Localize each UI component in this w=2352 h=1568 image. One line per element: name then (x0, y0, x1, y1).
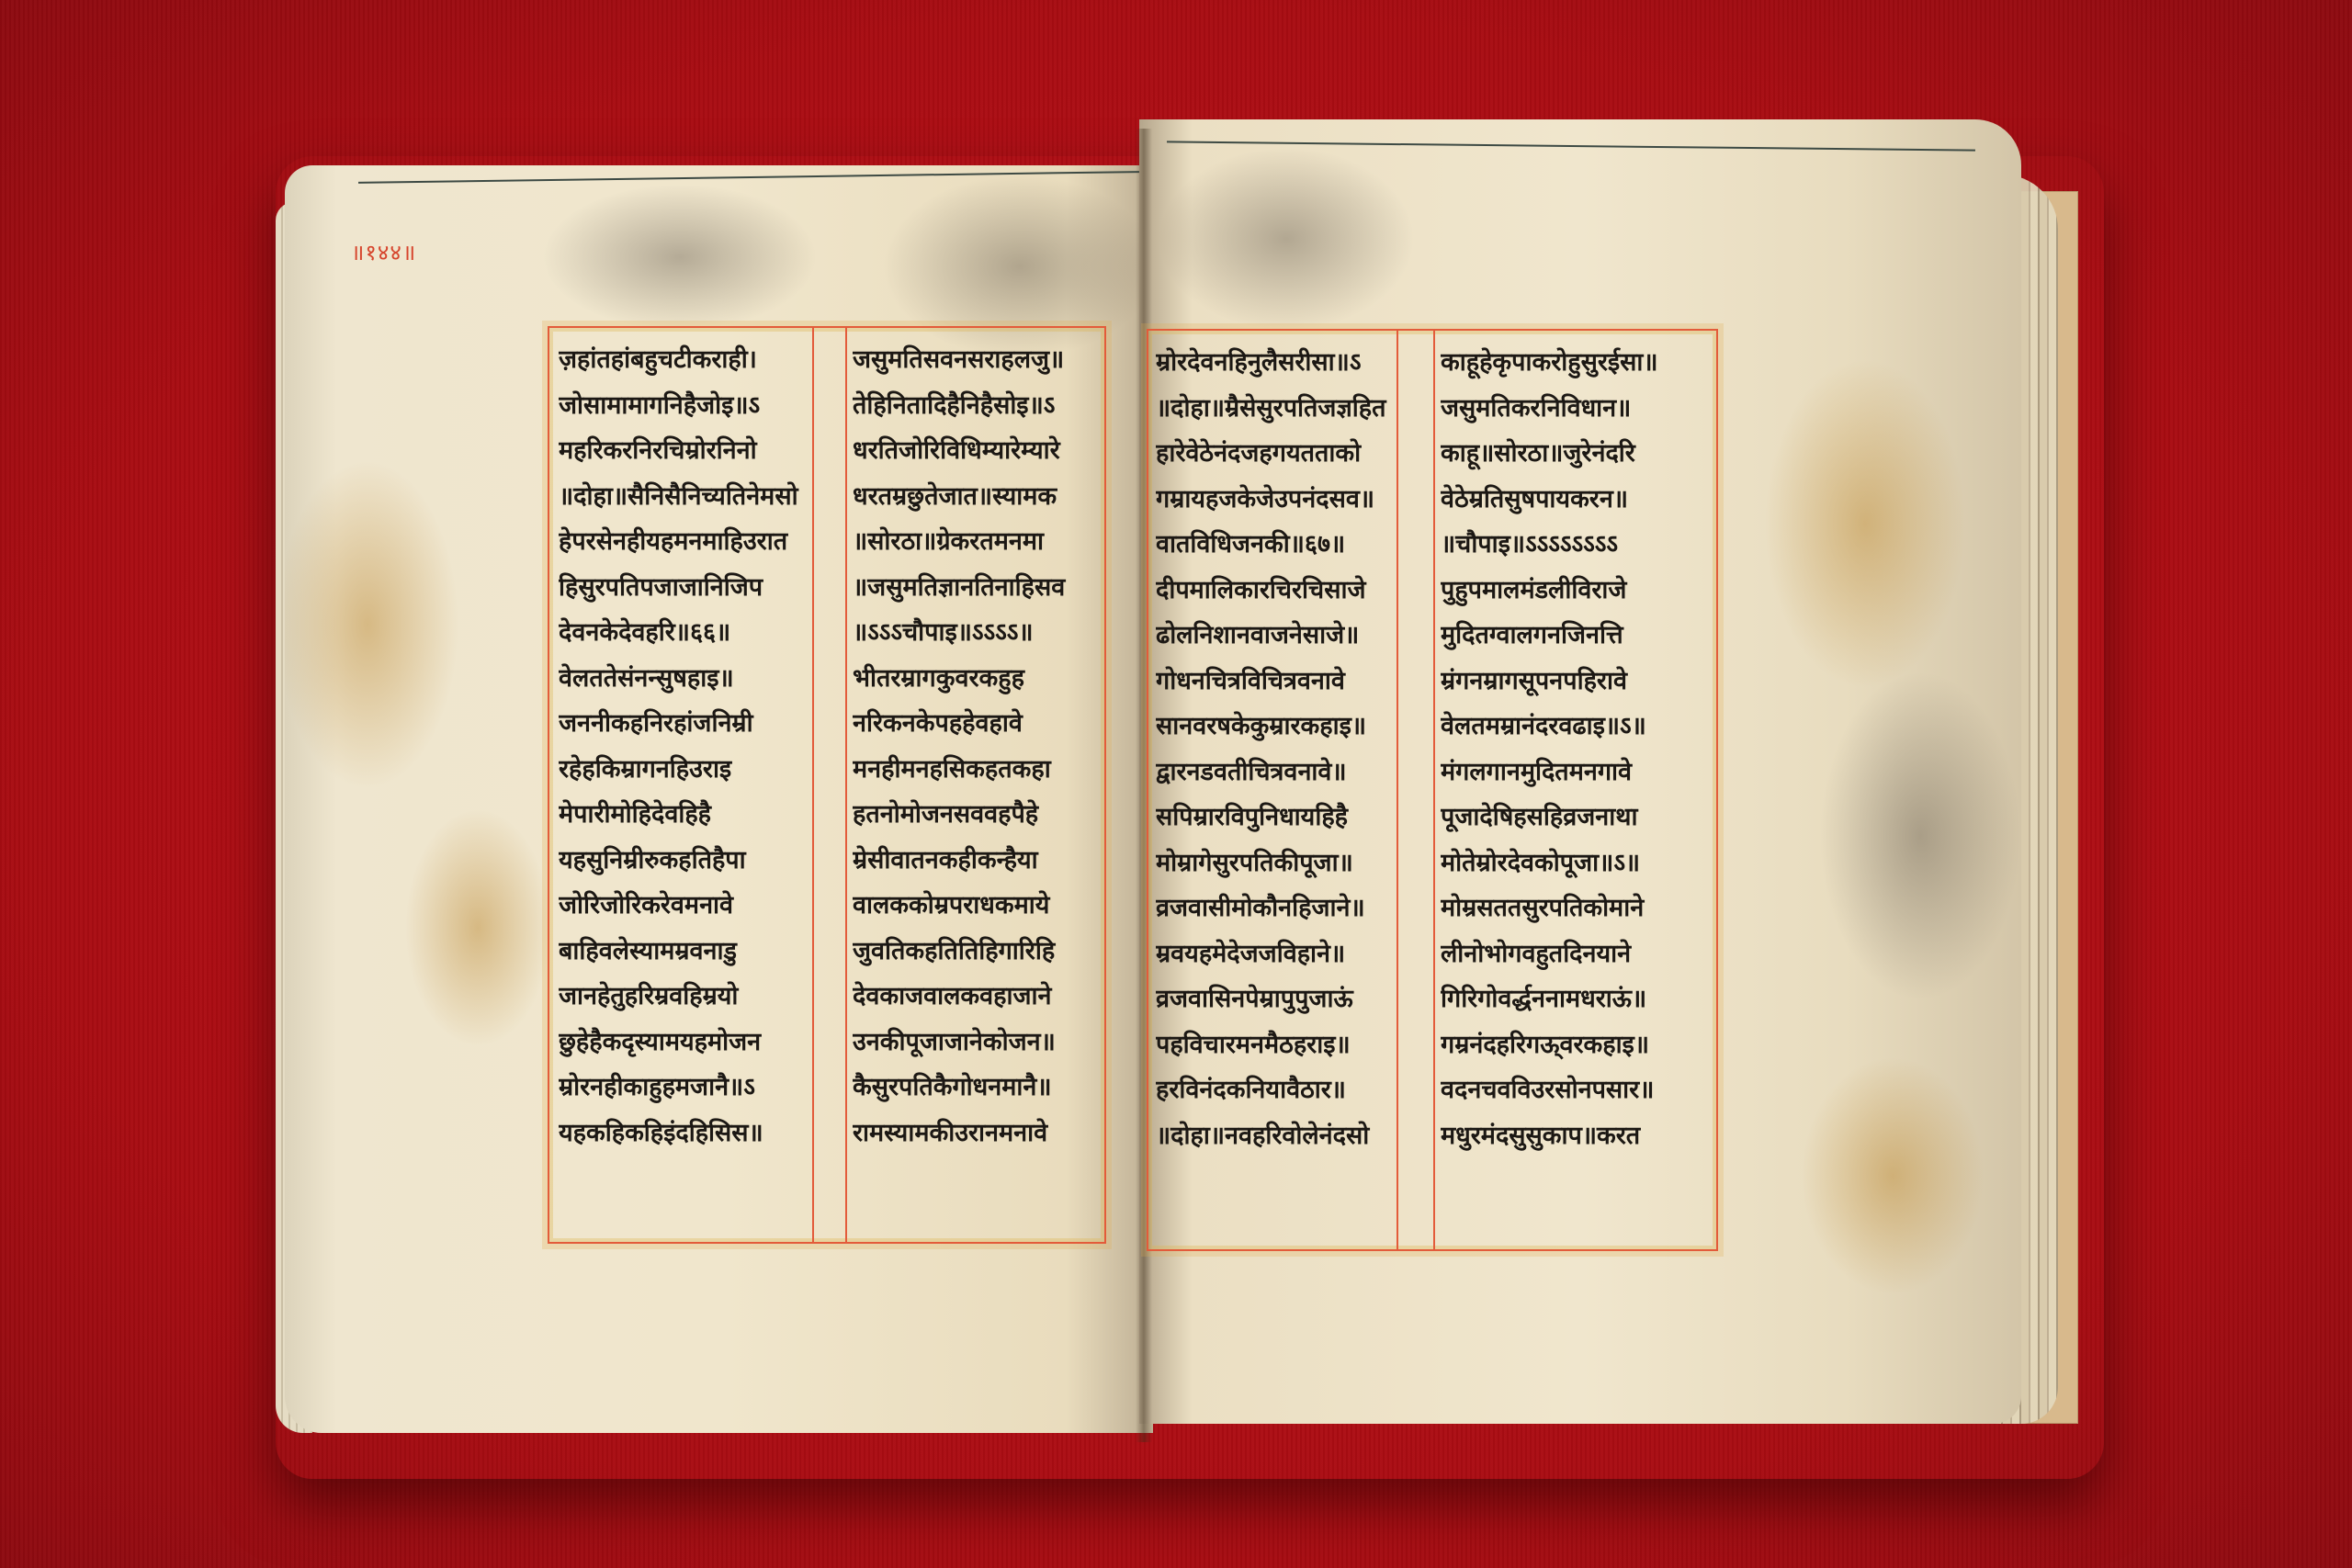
text-line: दीपमालिकारचिरचिसाजे (1156, 568, 1396, 614)
right-page-column-b: काहूहेकृपाकरोहुसुरईसा॥ जसुमतिकरनिविधान॥ … (1441, 340, 1711, 1158)
text-line: ॥दोहा॥म्रैसेसुरपतिजज्ञहित (1156, 386, 1396, 432)
text-line: महरिकरनिरचिम्रोरनिनो (559, 428, 812, 474)
text-line: वदनचवविउरसोनपसार॥ (1441, 1067, 1711, 1113)
text-line: मोम्रसततसुरपतिकोमाने (1441, 886, 1711, 931)
text-line: यहसुनिम्रीरुकहतिहैपा (559, 838, 812, 884)
text-line: जसुमतिकरनिविधान॥ (1441, 386, 1711, 432)
text-line: जुवतिकहतितिहिगारिहि (853, 929, 1099, 975)
text-line: सपिम्रारविपुनिधायहिहै (1156, 795, 1396, 840)
text-line: गम्रायहजकेजेउपनंदसव॥ (1156, 477, 1396, 523)
text-line: पुहुपमालमंडलीविराजे (1441, 568, 1711, 614)
text-line: रहेहकिम्रागनहिउराइ (559, 747, 812, 793)
text-line: हिसुरपतिपजाजानिजिप (559, 565, 812, 611)
mold-spots (542, 184, 818, 331)
mold-spots (1158, 147, 1415, 331)
text-line: व्रजवासिनपेम्रापुपुजाऊं (1156, 976, 1396, 1022)
text-line: सानवरषकेकुम्रारकहाइ॥ (1156, 704, 1396, 750)
text-line: म्रोरदेवनहिनुलैसरीसा॥ऽ (1156, 340, 1396, 386)
text-line: ॥सोरठा॥ग्रेकरतमनमा (853, 519, 1099, 565)
column-rule (812, 328, 814, 1242)
text-line: जानहेतुहरिम्रवहिम्रयो (559, 974, 812, 1020)
text-line: छुहेहैकदृस्यामयहमोजन (559, 1020, 812, 1066)
text-line: मुदितग्वालगनजिनत्ति (1441, 613, 1711, 659)
right-page-column-a: म्रोरदेवनहिनुलैसरीसा॥ऽ ॥दोहा॥म्रैसेसुरपत… (1156, 340, 1396, 1158)
water-stain (285, 459, 459, 790)
text-line: मेपारीमोहिदेवहिहै (559, 792, 812, 838)
text-line: म्रवयहमेदेजजविहाने॥ (1156, 931, 1396, 977)
text-line: देवकाजवालकवहाजाने (853, 974, 1099, 1020)
text-line: उनकीपूजाजानेकोजन॥ (853, 1020, 1099, 1066)
text-line: वालककोम्रपराधकमाये (853, 883, 1099, 929)
text-line: भीतरम्रागकुवरकहुह (853, 656, 1099, 702)
text-line: हेपरसेनहीयहमनमाहिउरात (559, 519, 812, 565)
text-line: मनहीमनहसिकहतकहा (853, 747, 1099, 793)
text-line: मोतेम्रोरदेवकोपूजा॥ऽ॥ (1441, 840, 1711, 886)
left-text-frame: ज़हांतहांबहुचटीकराही। जोसामामागनिहैजोइ॥ऽ… (548, 326, 1106, 1244)
text-line: जननीकहनिरहांजनिम्री (559, 701, 812, 747)
text-line: मधुरमंदसुसुकाप॥करत (1441, 1113, 1711, 1159)
text-line: काहूहेकृपाकरोहुसुरईसा॥ (1441, 340, 1711, 386)
left-page-column-a: ज़हांतहांबहुचटीकराही। जोसामामागनिहैजोइ॥ऽ… (559, 337, 812, 1156)
text-line: देवनकेदेवहरि॥६६॥ (559, 610, 812, 656)
text-line: रामस्यामकीउरानमनावे (853, 1111, 1099, 1156)
text-line: म्रोरनहीकाहुहमजानै॥ऽ (559, 1065, 812, 1111)
text-line: व्रजवासीमोकौनहिजाने॥ (1156, 886, 1396, 931)
text-line: मंगलगानमुदितमनगावे (1441, 750, 1711, 795)
text-line: बाहिवलेस्यामम्रवनाडु (559, 929, 812, 975)
text-line: तेहिनितादिहैनिहैसोइ॥ऽ (853, 383, 1099, 429)
text-line: म्रंगनम्रागसूपनपहिरावे (1441, 659, 1711, 705)
text-line: हरविनंदकनियावैठार॥ (1156, 1067, 1396, 1113)
text-line: वेलततेसंनन्सुषहाइ॥ (559, 656, 812, 702)
column-rule (1396, 331, 1398, 1249)
text-line: वेठेम्रतिसुषपायकरन॥ (1441, 477, 1711, 523)
mold-spots (1819, 671, 2021, 1001)
text-line: ढोलनिशानवाजनेसाजे॥ (1156, 613, 1396, 659)
text-line: ॥चौपाइ॥ऽऽऽऽऽऽऽऽ (1441, 522, 1711, 568)
text-line: कैसुरपतिकैगोधनमानै॥ (853, 1065, 1099, 1111)
text-line: नरिकनकेपहहेवहावे (853, 701, 1099, 747)
text-line: म्रेसीवातनकहीकन्हैया (853, 838, 1099, 884)
text-line: ॥ऽऽऽचौपाइ॥ऽऽऽऽ॥ (853, 610, 1099, 656)
text-line: पूजादेषिहसहिव्रजनाथा (1441, 795, 1711, 840)
text-line: हतनोमोजनसववहपैहे (853, 792, 1099, 838)
text-line: गम्रनंदहरिगऊ्वरकहाइ॥ (1441, 1022, 1711, 1068)
folio-number: ॥१४४॥ (351, 237, 416, 267)
water-stain (1764, 358, 1966, 689)
text-line: ॥दोहा॥सैनिसैनिच्यतिनेमसो (559, 474, 812, 520)
text-line: वातविधिजनकी॥६७॥ (1156, 522, 1396, 568)
text-line: गिरिगोवर्द्धननामधराऊं॥ (1441, 976, 1711, 1022)
left-page-column-b: जसुमतिसवनसराहलजु॥ तेहिनितादिहैनिहैसोइ॥ऽ … (853, 337, 1099, 1156)
text-line: यहकहिकहिइंदहिसिस॥ (559, 1111, 812, 1156)
text-line: धरतम्रछुतेजात॥स्यामक (853, 474, 1099, 520)
text-line: काहू॥सोरठा॥जुरेनंदरि (1441, 431, 1711, 477)
text-line: द्वारनडवतीचित्रवनावे॥ (1156, 750, 1396, 795)
text-line: मोम्रागेसुरपतिकीपूजा॥ (1156, 840, 1396, 886)
text-line: वेलतमम्रानंदरवढाइ॥ऽ॥ (1441, 704, 1711, 750)
text-line: लीनोभोगवहुतदिनयाने (1441, 931, 1711, 977)
text-line: धरतिजोरिविधिम्यारेम्यारे (853, 428, 1099, 474)
column-rule (1433, 331, 1435, 1249)
text-line: जोसामामागनिहैजोइ॥ऽ (559, 383, 812, 429)
text-line: ॥दोहा॥नवहरिवोलेनंदसो (1156, 1113, 1396, 1159)
text-line: जोरिजोरिकरेवमनावे (559, 883, 812, 929)
right-text-frame: म्रोरदेवनहिनुलैसरीसा॥ऽ ॥दोहा॥म्रैसेसुरपत… (1147, 329, 1718, 1251)
text-line: गोधनचित्रविचित्रवनावे (1156, 659, 1396, 705)
text-line: ज़हांतहांबहुचटीकराही। (559, 337, 812, 383)
column-rule (845, 328, 847, 1242)
text-line: हारेवेठेनंदजहगयतताको (1156, 431, 1396, 477)
water-stain (404, 808, 551, 1047)
text-line: पहविचारमनमैठहराइ॥ (1156, 1022, 1396, 1068)
text-line: जसुमतिसवनसराहलजु॥ (853, 337, 1099, 383)
text-line: ॥जसुमतिज्ञानतिनाहिसव (853, 565, 1099, 611)
water-stain (1801, 1056, 1984, 1295)
